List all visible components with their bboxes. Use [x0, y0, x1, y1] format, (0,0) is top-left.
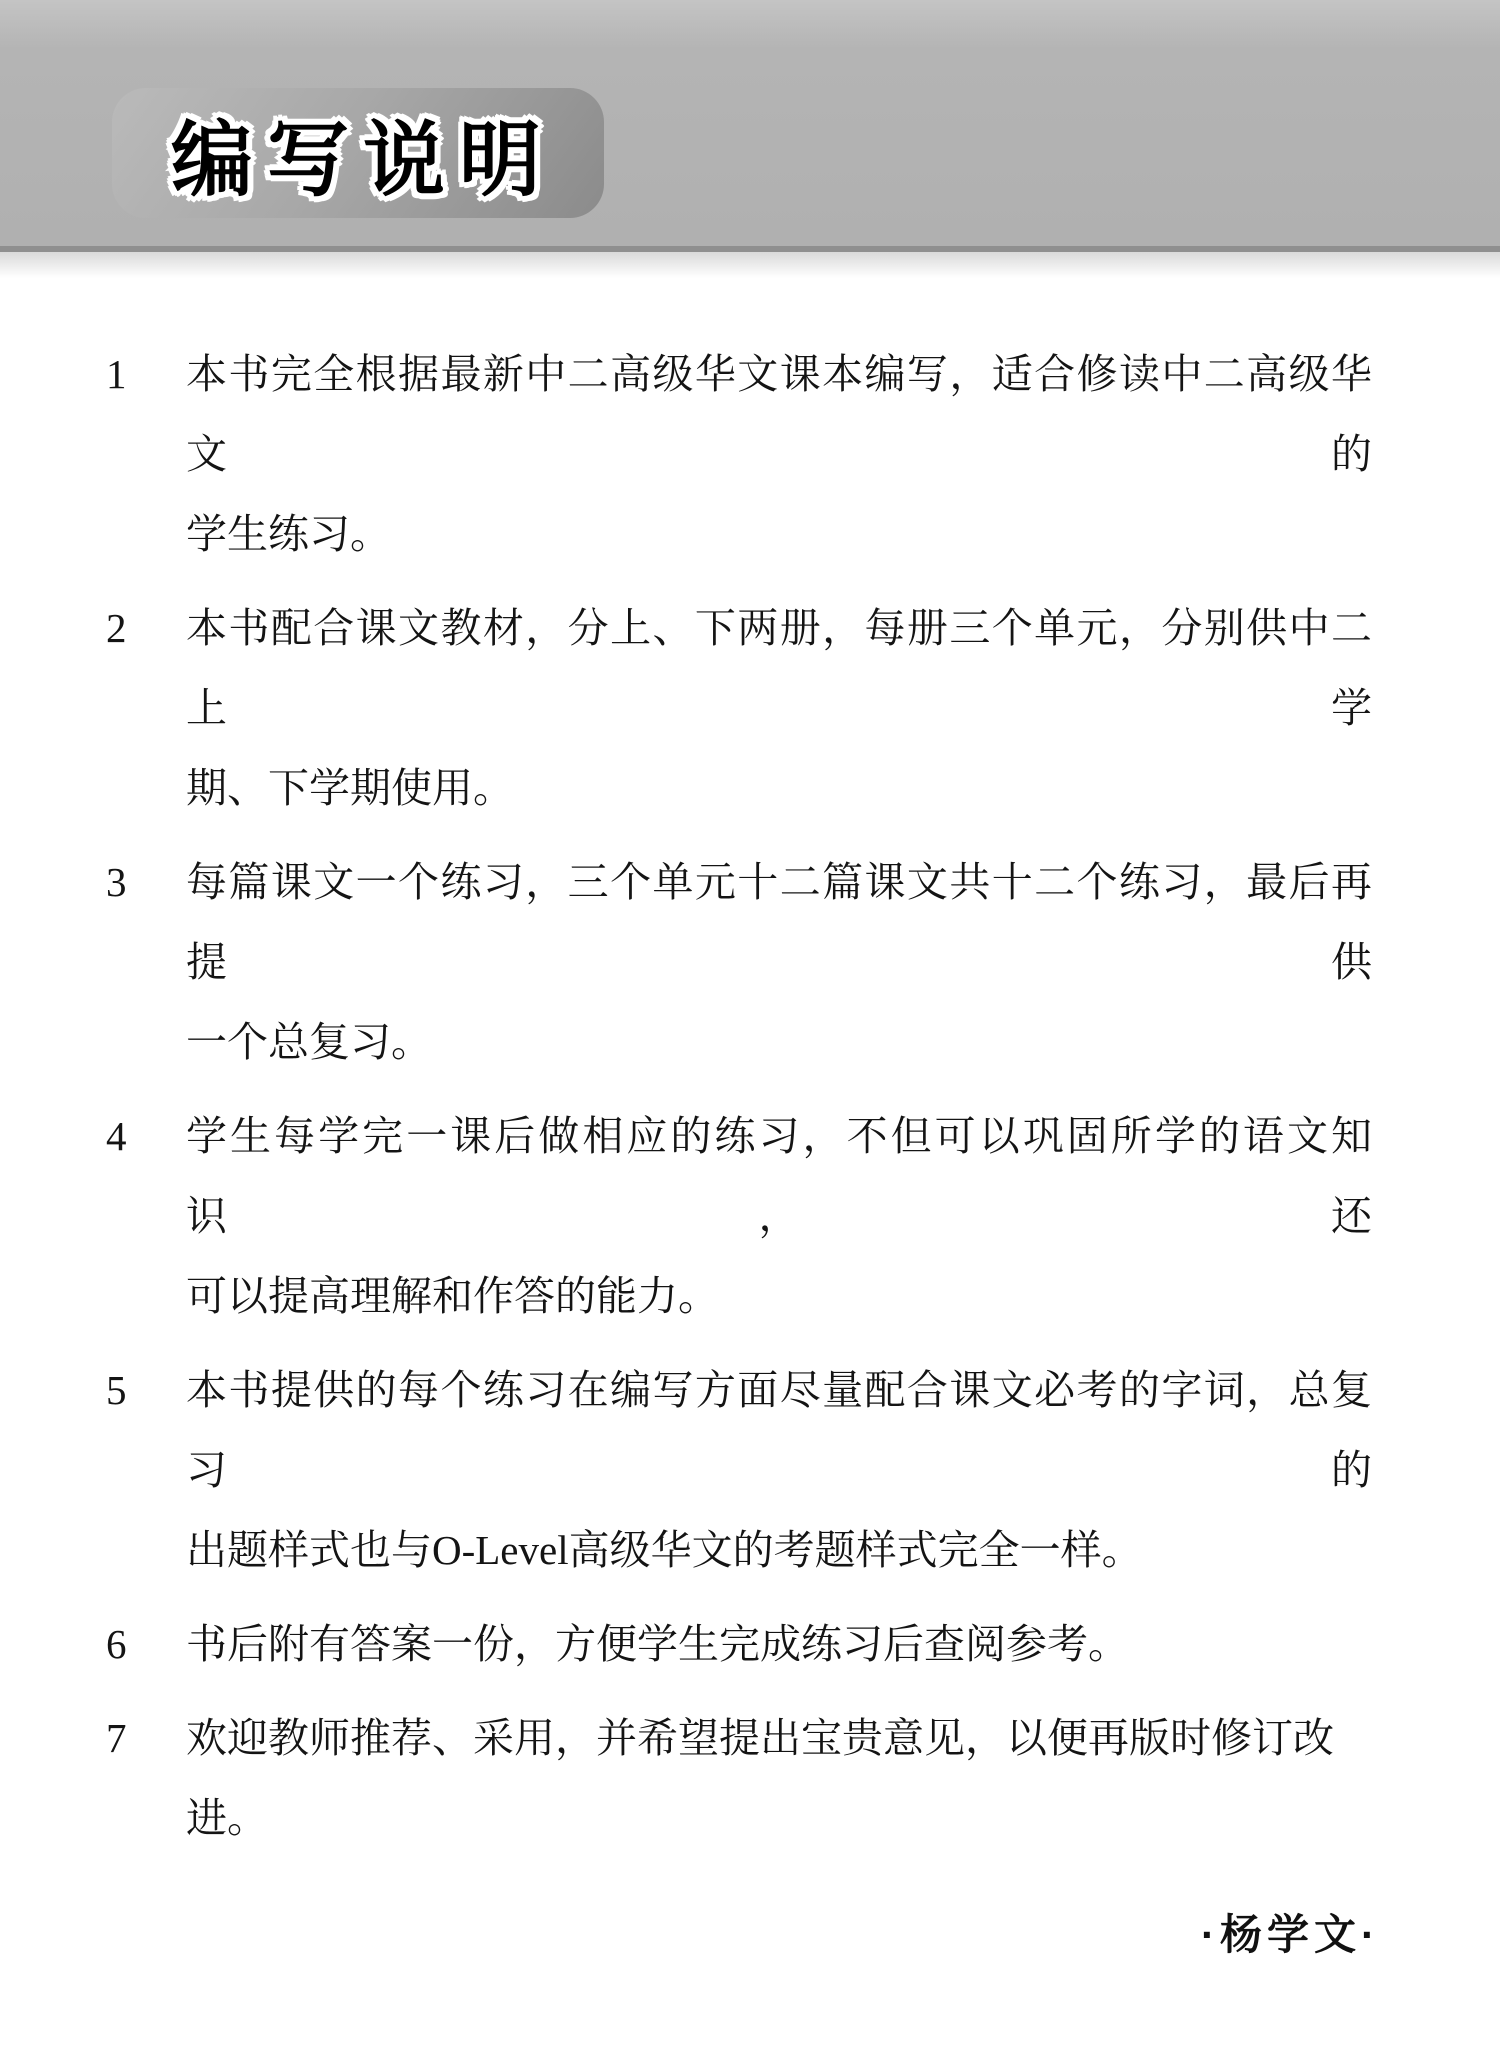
item-text: 欢迎教师推荐、采用，并希望提出宝贵意见，以便再版时修订改进。	[186, 1698, 1372, 1858]
item-line: 每篇课文一个练习，三个单元十二篇课文共十二个练习，最后再提供	[186, 842, 1372, 1002]
item-text: 本书完全根据最新中二高级华文课本编写，适合修读中二高级华文的 学生练习。	[186, 334, 1372, 574]
item-line: 书后附有答案一份，方便学生完成练习后查阅参考。	[186, 1604, 1372, 1684]
item-number: 3	[106, 842, 186, 1082]
header-band: 编写说明	[0, 0, 1500, 252]
item-line: 本书配合课文教材，分上、下两册，每册三个单元，分别供中二上学	[186, 588, 1372, 748]
list-item: 5 本书提供的每个练习在编写方面尽量配合课文必考的字词，总复习的 出题样式也与O…	[106, 1350, 1372, 1590]
header-band-fade	[0, 252, 1500, 278]
item-line: 学生练习。	[186, 494, 1372, 574]
item-line: 出题样式也与O-Level高级华文的考题样式完全一样。	[186, 1510, 1372, 1590]
item-text: 学生每学完一课后做相应的练习，不但可以巩固所学的语文知识，还 可以提高理解和作答…	[186, 1096, 1372, 1336]
list-item: 3 每篇课文一个练习，三个单元十二篇课文共十二个练习，最后再提供 一个总复习。	[106, 842, 1372, 1082]
document-page: 编写说明 1 本书完全根据最新中二高级华文课本编写，适合修读中二高级华文的 学生…	[0, 0, 1500, 2050]
author-signature: ·杨学文·	[0, 1902, 1500, 1962]
item-number: 1	[106, 334, 186, 574]
item-text: 本书配合课文教材，分上、下两册，每册三个单元，分别供中二上学 期、下学期使用。	[186, 588, 1372, 828]
item-number: 6	[106, 1604, 186, 1684]
item-line: 学生每学完一课后做相应的练习，不但可以巩固所学的语文知识，还	[186, 1096, 1372, 1256]
item-number: 4	[106, 1096, 186, 1336]
numbered-list: 1 本书完全根据最新中二高级华文课本编写，适合修读中二高级华文的 学生练习。 2…	[106, 334, 1372, 1858]
item-number: 7	[106, 1698, 186, 1858]
list-item: 1 本书完全根据最新中二高级华文课本编写，适合修读中二高级华文的 学生练习。	[106, 334, 1372, 574]
list-item: 7 欢迎教师推荐、采用，并希望提出宝贵意见，以便再版时修订改进。	[106, 1698, 1372, 1858]
item-number: 5	[106, 1350, 186, 1590]
item-number: 2	[106, 588, 186, 828]
item-line: 可以提高理解和作答的能力。	[186, 1256, 1372, 1336]
item-line: 期、下学期使用。	[186, 748, 1372, 828]
item-text: 书后附有答案一份，方便学生完成练习后查阅参考。	[186, 1604, 1372, 1684]
list-item: 6 书后附有答案一份，方便学生完成练习后查阅参考。	[106, 1604, 1372, 1684]
list-item: 2 本书配合课文教材，分上、下两册，每册三个单元，分别供中二上学 期、下学期使用…	[106, 588, 1372, 828]
item-line: 一个总复习。	[186, 1002, 1372, 1082]
item-text: 本书提供的每个练习在编写方面尽量配合课文必考的字词，总复习的 出题样式也与O-L…	[186, 1350, 1372, 1590]
title-box: 编写说明	[112, 88, 604, 218]
list-item: 4 学生每学完一课后做相应的练习，不但可以巩固所学的语文知识，还 可以提高理解和…	[106, 1096, 1372, 1336]
item-line: 欢迎教师推荐、采用，并希望提出宝贵意见，以便再版时修订改进。	[186, 1698, 1372, 1858]
item-line: 本书完全根据最新中二高级华文课本编写，适合修读中二高级华文的	[186, 334, 1372, 494]
item-text: 每篇课文一个练习，三个单元十二篇课文共十二个练习，最后再提供 一个总复习。	[186, 842, 1372, 1082]
page-title: 编写说明	[161, 95, 555, 212]
item-line: 本书提供的每个练习在编写方面尽量配合课文必考的字词，总复习的	[186, 1350, 1372, 1510]
